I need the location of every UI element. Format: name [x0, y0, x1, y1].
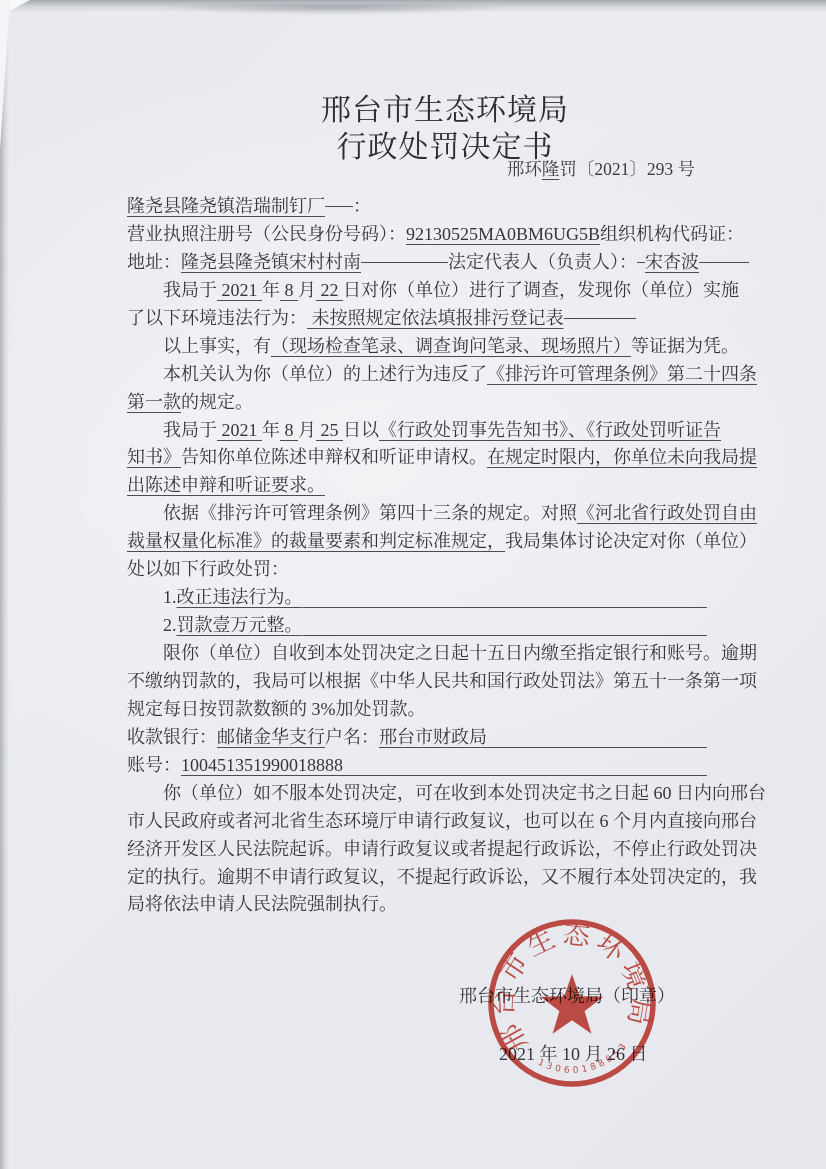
notification-line-1: 我局于 2021 年 8 月 25 日以《行政处罚事先告知书》、《行政处罚听证告: [127, 417, 763, 445]
violation-label: 了以下环境违法行为：: [127, 308, 307, 328]
notice-month: 8: [280, 420, 298, 440]
text: 我局于: [163, 420, 217, 440]
scan-top-smudge: [60, 4, 560, 22]
appeal-rights-line-3: 经济开发区人民法院起诉。申请行政复议或者提起行政诉讼，不停止行政处罚决: [127, 836, 763, 864]
blank-underline: [564, 317, 636, 319]
account-name-label: 户名：: [325, 724, 379, 752]
account-name: 邢台市财政局: [379, 724, 487, 752]
agency-title: 邢台市生态环境局: [127, 92, 763, 129]
recipient-line: 隆尧县隆尧镇浩瑞制钉厂：: [127, 193, 763, 221]
text: 等证据为凭。: [631, 336, 739, 356]
account-label: 账号：: [127, 752, 181, 780]
text: 市人民政府或者河北省生态环境厅申请行政复议，也可以在 6 个月内直接向邢台: [127, 811, 757, 831]
notice-documents: 《行政处罚事先告知书》、《行政处罚听证告: [379, 420, 721, 440]
document-number-underlined: 隆: [542, 159, 560, 179]
no-statement-note: 在规定时限内，你单位未向我局提: [487, 447, 757, 467]
recipient-name: 隆尧县隆尧镇浩瑞制钉厂: [127, 196, 325, 216]
text: 经济开发区人民法院起诉。申请行政复议或者提起行政诉讼，不停止行政处罚决: [127, 839, 757, 859]
document-number-post: 罚〔2021〕293 号: [559, 159, 695, 179]
evidence-list: （现场检查笔录、调查询问笔录、现场照片）: [271, 336, 631, 356]
account-number: 100451351990018888: [181, 752, 343, 780]
address-label: 地址：: [127, 252, 181, 272]
seal-star-icon: [541, 974, 604, 1034]
appeal-rights-line-5: 局将依法申请人民法院强制执行。: [127, 891, 763, 919]
payment-deadline-line-1: 限你（单位）自收到本处罚决定之日起十五日内缴至指定银行和账号。逾期: [127, 640, 763, 668]
penalty-item-2: 2.罚款壹万元整。: [127, 612, 763, 640]
investigation-month: 8: [280, 280, 298, 300]
notice-documents-cont: 知书》: [127, 447, 181, 467]
account-line: 账号：100451351990018888: [127, 752, 763, 780]
blank-underline: [361, 261, 448, 263]
text: 我局于: [163, 280, 217, 300]
text: 日对你（单位）进行了调查，发现你（单位）实施: [343, 280, 739, 300]
recipient-colon: ：: [353, 196, 371, 216]
bank-name: 邮储金华支行: [217, 724, 325, 752]
license-number: 92130525MA0BM6UG5B: [406, 224, 600, 244]
text: 处以如下行政处罚：: [127, 559, 289, 579]
scan-corner-fold-left: [0, 0, 10, 150]
notice-year: 2021: [217, 420, 262, 440]
document-number-pre: 邢环: [507, 159, 542, 179]
blank-underline: [637, 261, 645, 263]
blank-underline: [487, 747, 707, 748]
blank-underline: [699, 261, 749, 263]
violation-description: 未按照规定依法填报排污登记表: [307, 308, 564, 328]
item-number: 1.: [163, 584, 177, 612]
notification-line-3: 出陈述申辩和听证要求。: [127, 472, 763, 500]
text: 局将依法申请人民法院强制执行。: [127, 894, 397, 914]
notification-line-2: 知书》告知你单位陈述申辩权和听证申请权。在规定时限内，你单位未向我局提: [127, 444, 763, 472]
investigation-year: 2021: [217, 280, 262, 300]
payment-deadline-line-2: 不缴纳罚款的，我局可以根据《中华人民共和国行政处罚法》第五十一条第一项: [127, 668, 763, 696]
blank-underline: [303, 635, 708, 636]
evidence-line: 以上事实，有（现场检查笔录、调查询问笔录、现场照片）等证据为凭。: [127, 333, 763, 361]
org-code-label: 组织机构代码证：: [600, 224, 744, 244]
text: 定的执行。逾期不申请行政复议，不提起行政诉讼，又不履行本处罚决定的，我: [127, 867, 757, 887]
text: 我局集体讨论决定对你（单位）: [505, 531, 757, 551]
penalty-item-1: 1.改正违法行为。: [127, 584, 763, 612]
hebei-standard-cont: 裁量权量化标准》的裁量要素和判定标准规定，: [127, 531, 505, 551]
item-number: 2.: [163, 612, 177, 640]
text: 日以: [343, 420, 379, 440]
appeal-rights-line-1: 你（单位）如不服本处罚决定，可在收到本处罚决定书之日起 60 日内向邢台: [127, 780, 763, 808]
text: 年: [262, 280, 280, 300]
text: 月: [298, 280, 316, 300]
bank-line: 收款银行：邮储金华支行户名：邢台市财政局: [127, 724, 763, 752]
blank-underline: [343, 775, 707, 776]
official-seal: 邢台市生态环境局 13060188053: [477, 908, 667, 1098]
payment-deadline-line-3: 规定每日按罚款数额的 3%加处罚款。: [127, 696, 763, 724]
text: 月: [298, 420, 316, 440]
address-value: 隆尧县隆尧镇宋村村南: [181, 252, 361, 272]
investigation-day: 22: [316, 280, 343, 300]
text: 年: [262, 420, 280, 440]
text: 依据《排污许可管理条例》第四十三条的规定。对照: [163, 503, 577, 523]
legal-rep-label: 法定代表人（负责人）：: [448, 252, 637, 272]
address-line: 地址：隆尧县隆尧镇宋村村南法定代表人（负责人）：宋杏波: [127, 249, 763, 277]
text: 你（单位）如不服本处罚决定，可在收到本处罚决定书之日起 60 日内向邢台: [163, 783, 766, 803]
scan-left-shadow: [0, 0, 9, 1169]
legal-rep-name: 宋杏波: [645, 252, 699, 272]
text: 告知你单位陈述申辩权和听证申请权。: [181, 447, 487, 467]
text: 的规定。: [181, 392, 253, 412]
license-label: 营业执照注册号（公民身份号码）：: [127, 224, 406, 244]
hebei-standard: 《河北省行政处罚自由: [577, 503, 757, 523]
blank-underline: [325, 205, 353, 207]
violation-line: 了以下环境违法行为： 未按照规定依法填报排污登记表: [127, 305, 763, 333]
appeal-rights-line-4: 定的执行。逾期不申请行政复议，不提起行政诉讼，又不履行本处罚决定的，我: [127, 864, 763, 892]
regulation-clause: 第一款: [127, 392, 181, 412]
penalty-correct-behavior: 改正违法行为。: [177, 584, 303, 612]
scanned-penalty-decision-document: 邢台市生态环境局 行政处罚决定书 邢环隆罚〔2021〕293 号 隆尧县隆尧镇浩…: [0, 0, 826, 1169]
text: 规定每日按罚款数额的 3%加处罚款。: [127, 699, 426, 719]
decision-basis-line-2: 裁量权量化标准》的裁量要素和判定标准规定，我局集体讨论决定对你（单位）: [127, 528, 763, 556]
regulation-cited: 《排污许可管理条例》第二十四条: [487, 364, 757, 384]
legal-basis-line-2: 第一款的规定。: [127, 389, 763, 417]
appeal-rights-line-2: 市人民政府或者河北省生态环境厅申请行政复议，也可以在 6 个月内直接向邢台: [127, 808, 763, 836]
license-line: 营业执照注册号（公民身份号码）：92130525MA0BM6UG5B组织机构代码…: [127, 221, 763, 249]
decision-basis-line-1: 依据《排污许可管理条例》第四十三条的规定。对照《河北省行政处罚自由: [127, 500, 763, 528]
investigation-line-1: 我局于 2021 年 8 月 22 日对你（单位）进行了调查，发现你（单位）实施: [127, 277, 763, 305]
text: 本机关认为你（单位）的上述行为违反了: [163, 364, 487, 384]
document-number: 邢环隆罚〔2021〕293 号: [127, 156, 695, 181]
bank-label: 收款银行：: [127, 724, 217, 752]
notice-day: 25: [316, 420, 343, 440]
legal-basis-line-1: 本机关认为你（单位）的上述行为违反了《排污许可管理条例》第二十四条: [127, 361, 763, 389]
document-body: 隆尧县隆尧镇浩瑞制钉厂： 营业执照注册号（公民身份号码）：92130525MA0…: [127, 193, 763, 919]
text: 以上事实，有: [163, 336, 271, 356]
penalty-intro-line: 处以如下行政处罚：: [127, 556, 763, 584]
text: 限你（单位）自收到本处罚决定之日起十五日内缴至指定银行和账号。逾期: [163, 643, 757, 663]
text: 不缴纳罚款的，我局可以根据《中华人民共和国行政处罚法》第五十一条第一项: [127, 671, 757, 691]
document-header: 邢台市生态环境局 行政处罚决定书: [127, 92, 763, 166]
no-statement-note-cont: 出陈述申辩和听证要求。: [127, 475, 325, 495]
blank-underline: [303, 607, 708, 608]
penalty-fine-amount: 罚款壹万元整。: [177, 612, 303, 640]
